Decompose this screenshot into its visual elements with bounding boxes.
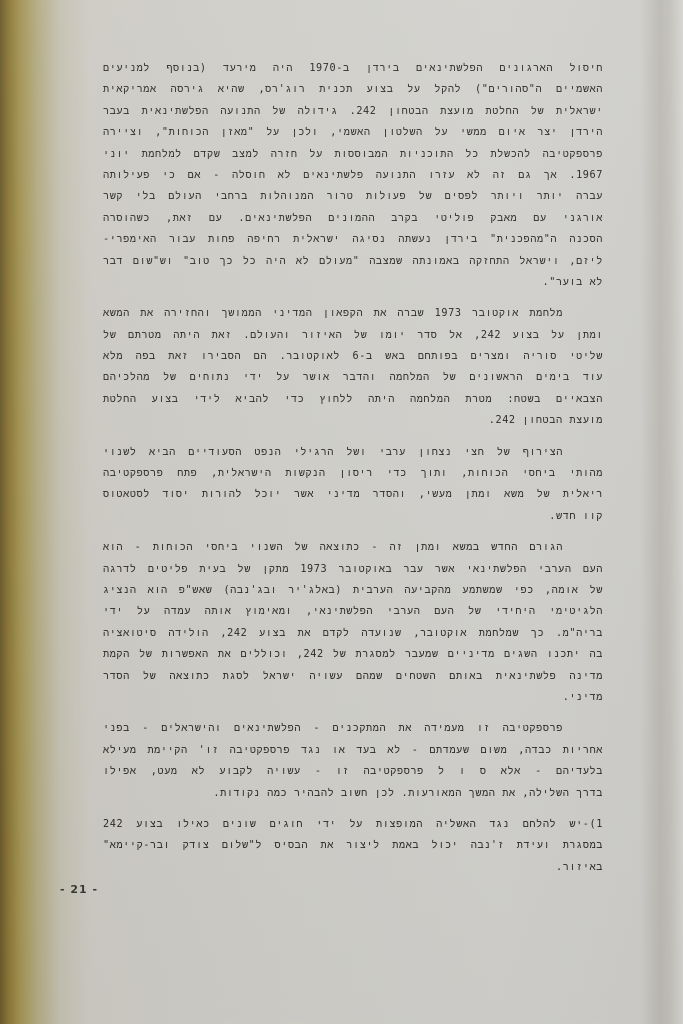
scanned-page: חיסול הארגונים הפלשתינאים בירדן ב-1970 ה… [0,0,683,1024]
page-number: - 21 - [60,883,98,896]
text-line: במסגרת ועידת ז'נבה יכול באמת ליצור את הב… [103,835,603,856]
text-line: עברה יותר ויותר לפסים של פעולות טרור המנ… [103,186,603,207]
text-line: מדיני. [103,687,603,708]
text-line: ישראלית של החלטת מועצת הבטחון 242. גידול… [103,101,603,122]
text-line: אורגני עם מאבק פוליטי בקרב ההמונים הפלשת… [103,208,603,229]
text-line: בדרך השלילה, את המשך המאורעות. לכן חשוב … [103,783,603,804]
text-line: הלגיטימי היחידי של העם הערבי הפלשתינאי, … [103,601,603,622]
text-line: בריה"מ. כך שמלחמת אוקטובר, שנועדה לקדם א… [103,623,603,644]
text-line: 1)-יש להלחם נגד האשליה המופצות על ידי חו… [103,814,603,835]
text-line: פרספקטיבה להכשלת כל התוכניות המבוססות על… [103,144,603,165]
text-line: בלעדיהם - אלא ס ו ל פרספקטיבה זו - עשויה… [103,761,603,782]
paragraph-3: הצירוף של חצי נצחון ערבי ושל הרגילי הנפט… [103,442,603,528]
paragraph-6-numbered-point: 1)-יש להלחם נגד האשליה המופצות על ידי חו… [103,814,603,878]
text-line: מועצת הבטחון 242. [103,410,603,431]
paragraph-2: מלחמת אוקטובר 1973 שברה את הקפאון המדיני… [103,303,603,431]
text-line: מלחמת אוקטובר 1973 שברה את הקפאון המדיני… [103,303,603,324]
text-line: העם הערבי הפלשתינאי אשר עבר באוקטובר 197… [103,559,603,580]
paragraph-4: הגורם החדש במשא ומתן זה - כתוצאה של השנו… [103,537,603,708]
text-line: מהותי ביחסי הכוחות, ותוך כדי ריסון הנקשו… [103,463,603,484]
text-line: בה יתכנו השגים מדיניים שמעבר למסגרת של 2… [103,644,603,665]
text-line: פרספקטיבה זו מעמידה את המתקכנים - הפלשתי… [103,718,603,739]
text-line: של אומה, כפי שמשתמע מהקביעה הערבית (באלג… [103,580,603,601]
text-line: האשמיים ה"סהורים") להקל על בצוע תכנית רו… [103,79,603,100]
text-line: קוו חדש. [103,506,603,527]
text-line: הירדן יצר איום ממשי על השלטון האשמי, ולכ… [103,122,603,143]
text-line: ומתן על בצוע 242, אל סדר יומו של האיזור … [103,325,603,346]
paragraph-1: חיסול הארגונים הפלשתינאים בירדן ב-1970 ה… [103,58,603,293]
text-line: ליזם, וישראל התחזקה באמונתה שמצבה "מעולם… [103,251,603,272]
document-body: חיסול הארגונים הפלשתינאים בירדן ב-1970 ה… [103,58,603,888]
text-line: הגורם החדש במשא ומתן זה - כתוצאה של השנו… [103,537,603,558]
text-line: 1967. אך גם זה לא עזרו התנועה פלשתינאים … [103,165,603,186]
text-line: לא בוער". [103,272,603,293]
text-line: ריאלית של משא ומתן מעשי, והסדר מדיני אשר… [103,484,603,505]
text-line: עוד בימים הראשונים של המלחמה והדבר אושר … [103,367,603,388]
text-line: הצירוף של חצי נצחון ערבי ושל הרגילי הנפט… [103,442,603,463]
text-line: אחריות כבדה, משום שעמדתם - לא בעד או נגד… [103,740,603,761]
text-line: מדינה פלשתינאית באותם השטחים שמהם עשויה … [103,666,603,687]
paragraph-5: פרספקטיבה זו מעמידה את המתקכנים - הפלשתי… [103,718,603,804]
text-line: שליטי סוריה ומצרים בפותחם באש ב-6 לאוקטו… [103,346,603,367]
text-line: באיזור. [103,857,603,878]
text-line: חיסול הארגונים הפלשתינאים בירדן ב-1970 ה… [103,58,603,79]
text-line: הסכנה ה"מהפכנית" בירדן נעשתה נסיגה ישראל… [103,229,603,250]
text-line: הצבאיים בשטח: מטרת המלחמה היתה ללחוץ כדי… [103,389,603,410]
